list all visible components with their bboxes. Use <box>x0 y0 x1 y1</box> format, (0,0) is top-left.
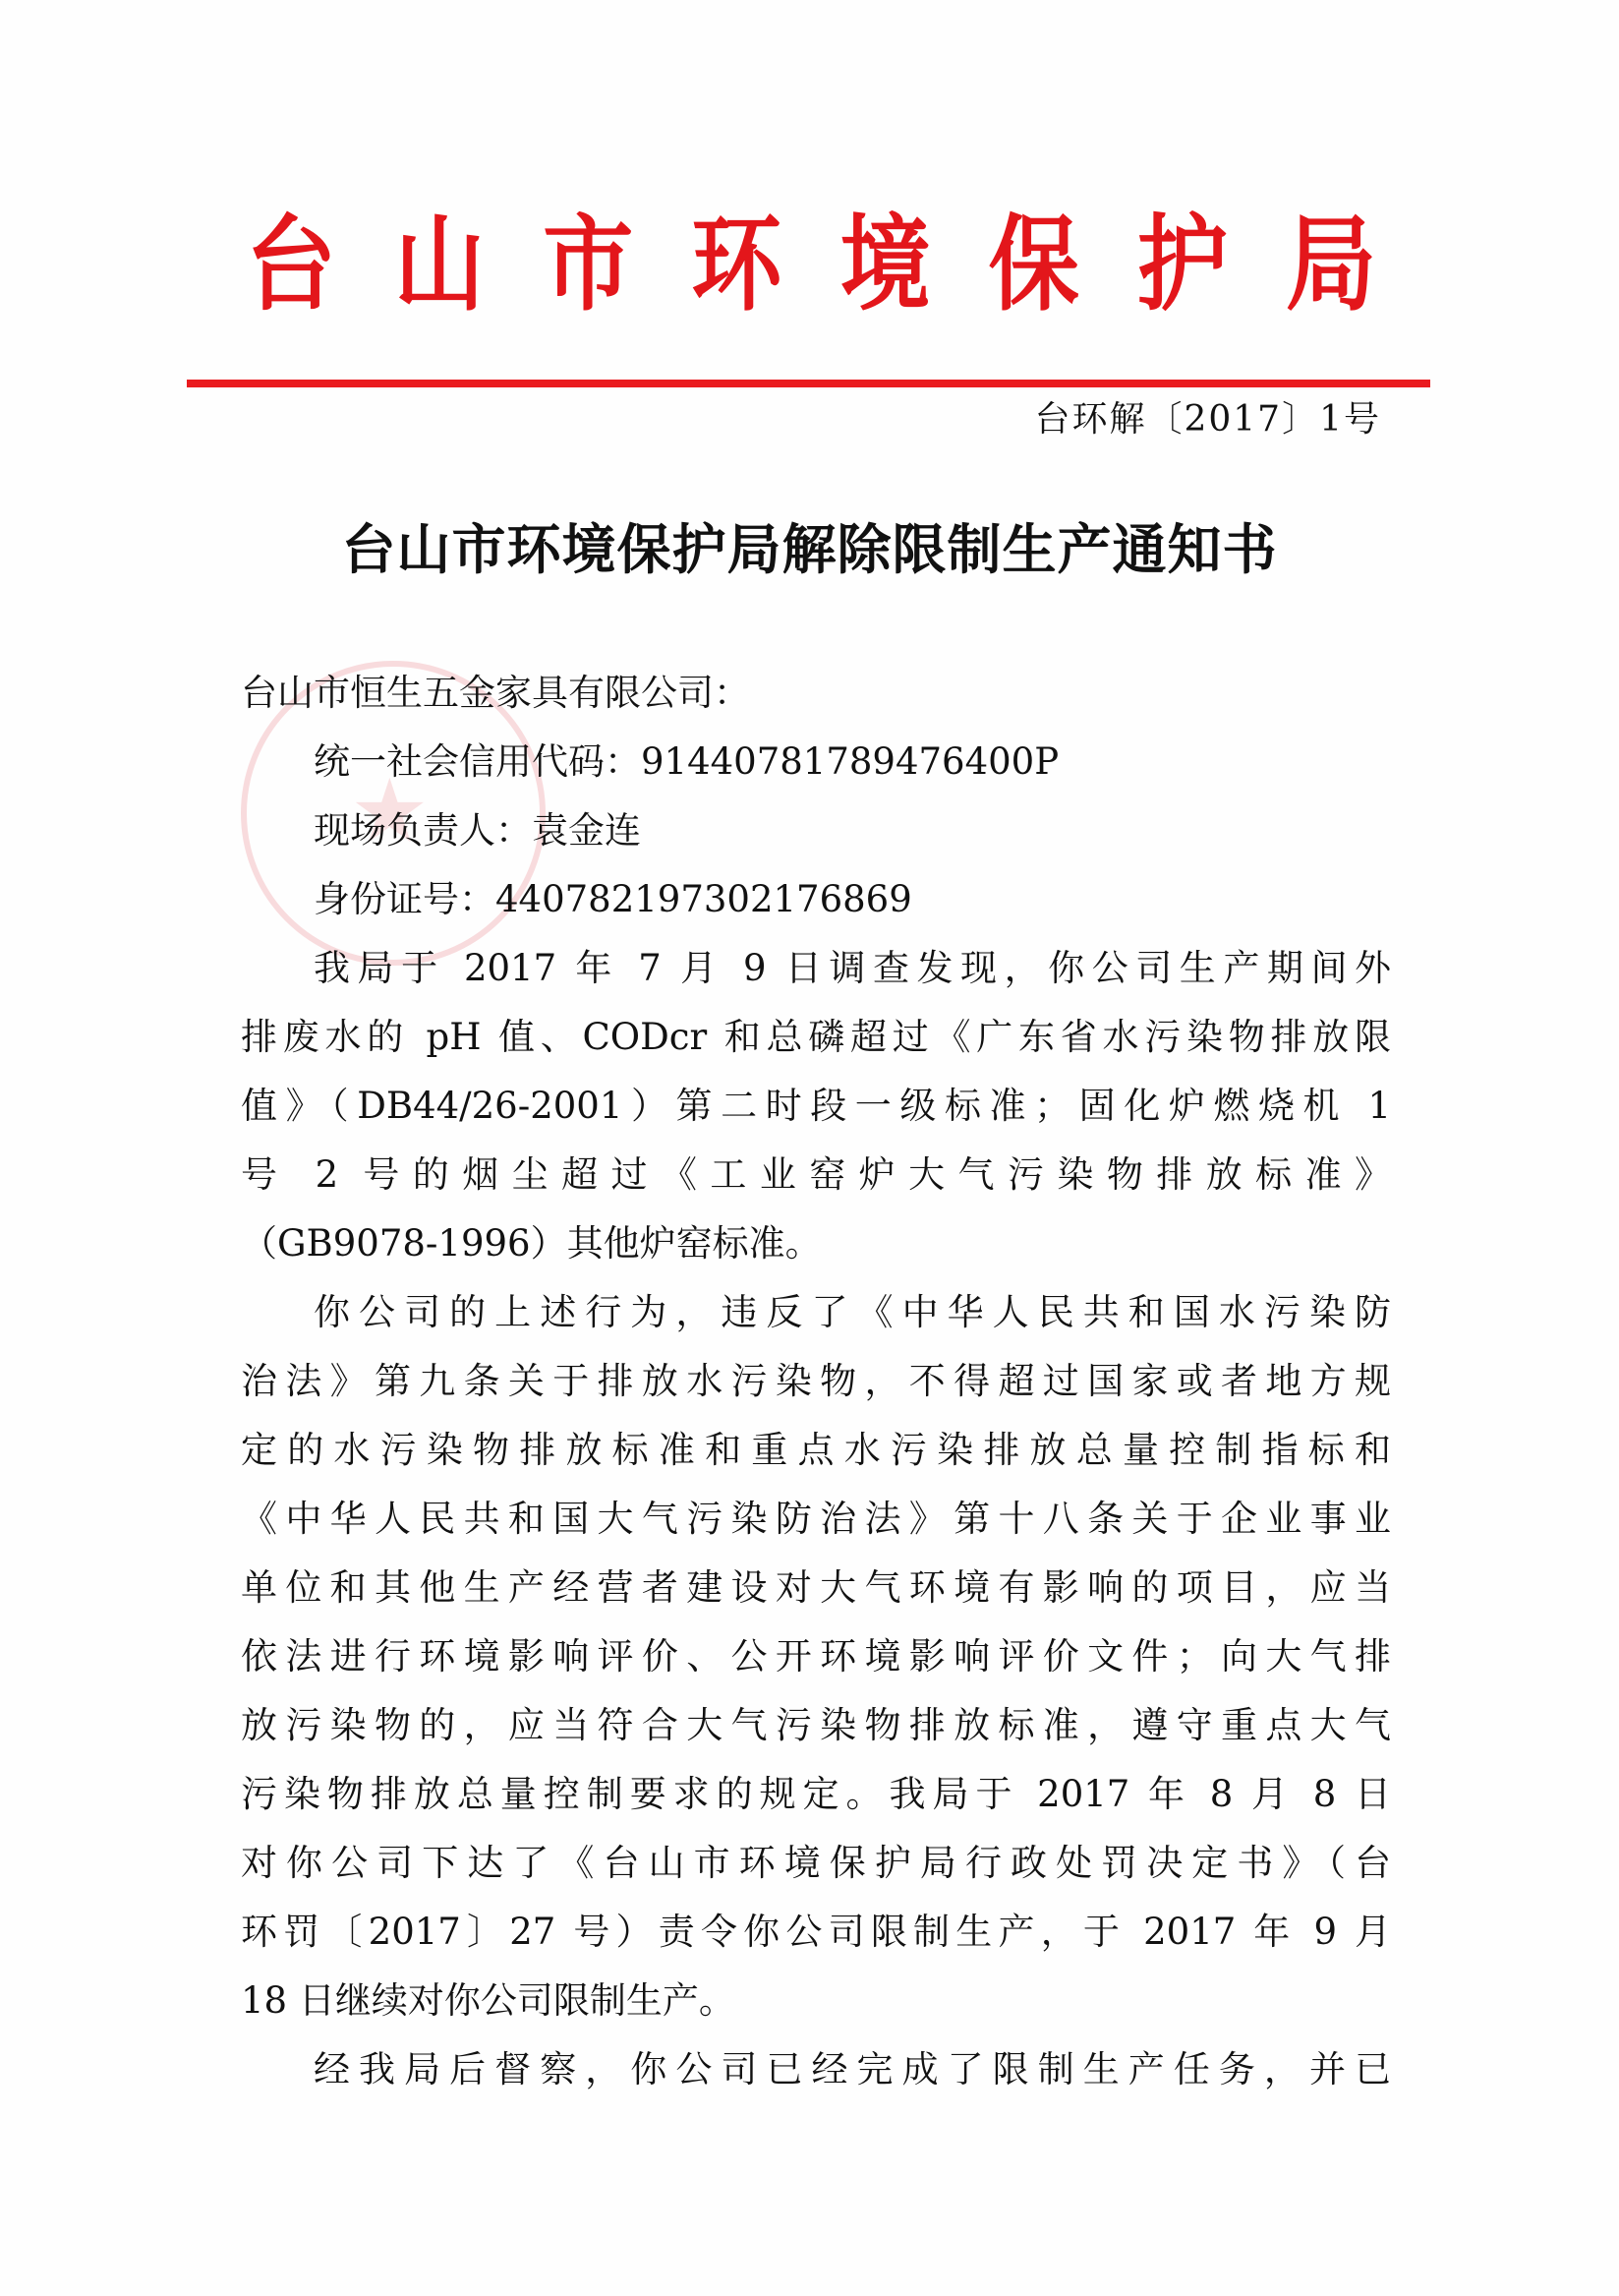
document-number: 台环解〔2017〕1号 <box>1034 391 1381 442</box>
body-line: 污染物排放总量控制要求的规定。我局于 2017 年 8 月 8 日 <box>241 1760 1391 1829</box>
body-line: 身份证号：440782197302176869 <box>241 865 1391 934</box>
body-line: 对你公司下达了《台山市环境保护局行政处罚决定书》（台 <box>241 1829 1391 1898</box>
body-line: 排废水的 pH 值、CODcr 和总磷超过《广东省水污染物排放限 <box>241 1003 1391 1072</box>
body-line: 你公司的上述行为，违反了《中华人民共和国水污染防 <box>241 1278 1391 1347</box>
document-page: 台 山 市 环 境 保 护 局 台环解〔2017〕1号 台山市环境保护局解除限制… <box>0 0 1619 2296</box>
body-line: 治法》第九条关于排放水污染物，不得超过国家或者地方规 <box>241 1347 1391 1416</box>
body-line: 18 日继续对你公司限制生产。 <box>241 1967 1391 2035</box>
body-line: 依法进行环境影响评价、公开环境影响评价文件；向大气排 <box>241 1622 1391 1691</box>
masthead-char: 保 <box>989 213 1079 318</box>
body-line: 环罚〔2017〕27 号）责令你公司限制生产，于 2017 年 9 月 <box>241 1898 1391 1967</box>
body-line: 号 2 号的烟尘超过《工业窑炉大气污染物排放标准》 <box>241 1141 1391 1209</box>
body-line: （GB9078-1996）其他炉窑标准。 <box>241 1209 1391 1278</box>
masthead-char: 台 <box>246 213 336 318</box>
masthead-char: 护 <box>1137 213 1228 318</box>
body-line: 定的水污染物排放标准和重点水污染排放总量控制指标和 <box>241 1416 1391 1485</box>
body-line: 现场负责人：袁金连 <box>241 796 1391 865</box>
body-line: 单位和其他生产经营者建设对大气环境有影响的项目，应当 <box>241 1554 1391 1622</box>
body-line: 值》（DB44/26-2001）第二时段一级标准；固化炉燃烧机 1 <box>241 1072 1391 1141</box>
masthead-char: 环 <box>691 213 781 318</box>
body-line: 《中华人民共和国大气污染防治法》第十八条关于企业事业 <box>241 1485 1391 1554</box>
masthead-char: 市 <box>543 213 633 318</box>
body-line: 放污染物的，应当符合大气污染物排放标准，遵守重点大气 <box>241 1691 1391 1760</box>
masthead-char: 境 <box>840 213 931 318</box>
body-line: 台山市恒生五金家具有限公司： <box>241 659 1391 728</box>
document-title: 台山市环境保护局解除限制生产通知书 <box>0 506 1619 584</box>
body-line: 统一社会信用代码：91440781789476400P <box>241 728 1391 796</box>
document-body: 台山市恒生五金家具有限公司：统一社会信用代码：91440781789476400… <box>241 659 1391 2104</box>
masthead-char: 山 <box>394 213 485 318</box>
masthead-char: 局 <box>1286 213 1376 318</box>
body-line: 经我局后督察，你公司已经完成了限制生产任务，并已 <box>241 2035 1391 2104</box>
body-line: 我局于 2017 年 7 月 9 日调查发现，你公司生产期间外 <box>241 934 1391 1003</box>
red-divider-rule <box>187 380 1430 387</box>
issuer-masthead: 台 山 市 环 境 保 护 局 <box>246 202 1376 329</box>
